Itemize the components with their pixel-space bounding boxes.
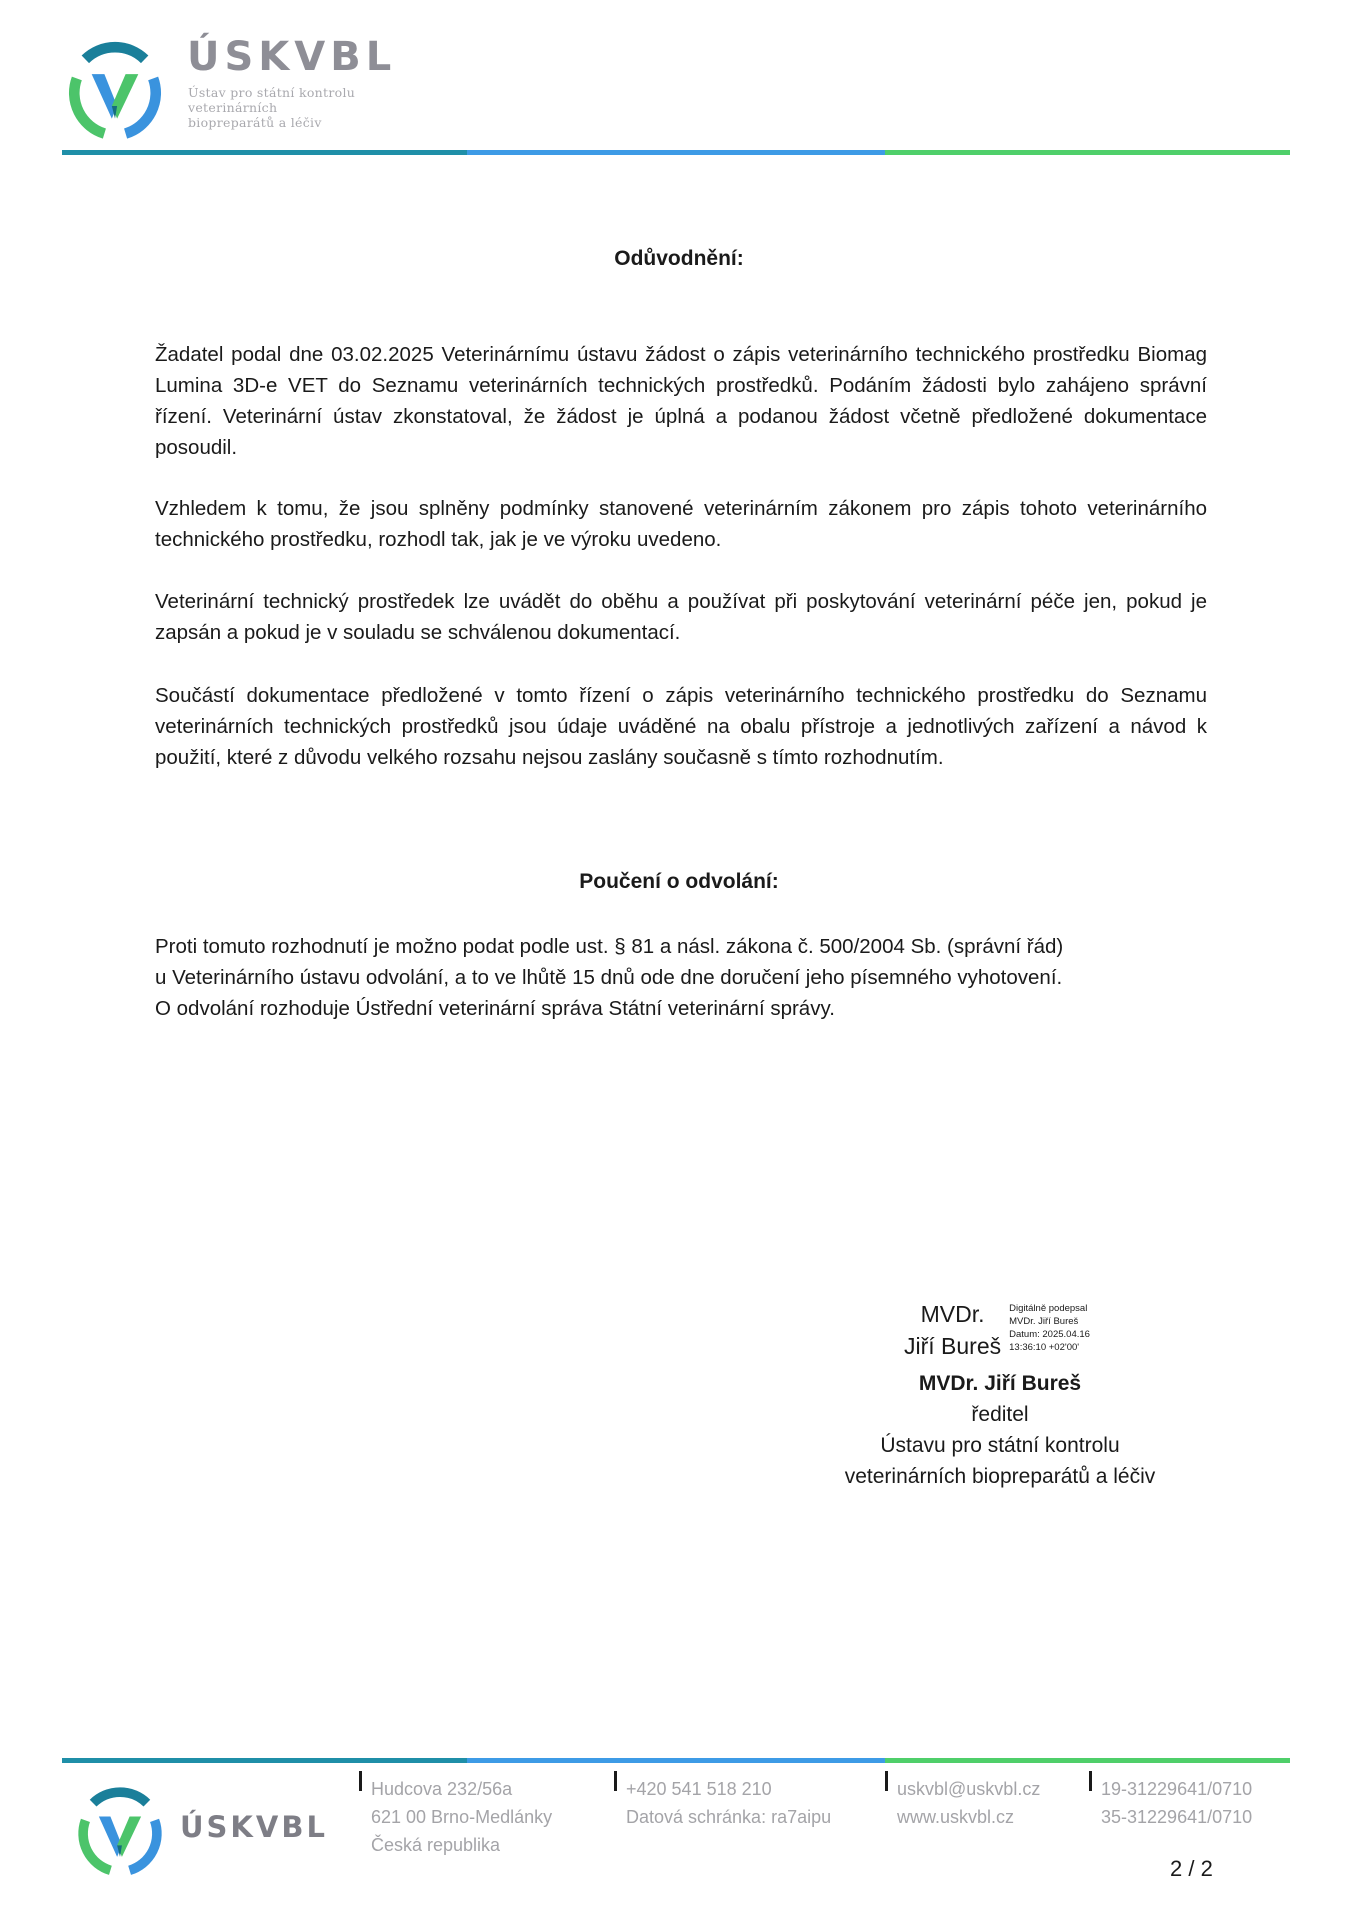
footer-account: 19-31229641/0710 <box>1101 1775 1252 1803</box>
section-title-appeal: Poučení o odvolání: <box>0 870 1358 894</box>
footer-address-line: Česká republika <box>371 1831 552 1859</box>
divider-segment-blue <box>467 150 885 155</box>
divider-segment-green <box>885 150 1290 155</box>
header-brand: ÚSKVBL <box>187 34 396 80</box>
page-number: 2 / 2 <box>1170 1856 1213 1882</box>
digital-signature-meta: Digitálně podepsal MVDr. Jiří Bureš Datu… <box>1009 1302 1090 1354</box>
footer-email: uskvbl@uskvbl.cz <box>897 1775 1040 1803</box>
footer-contact: +420 541 518 210 Datová schránka: ra7aip… <box>626 1775 831 1831</box>
header-subtitle-line: biopreparátů a léčiv <box>188 115 355 130</box>
signature-meta-line: 13:36:10 +02'00' <box>1009 1341 1090 1354</box>
footer-separator <box>1089 1771 1092 1791</box>
header-subtitle-line: veterinárních <box>188 100 355 115</box>
footer-divider <box>62 1758 1290 1763</box>
appeal-line: Proti tomuto rozhodnutí je možno podat p… <box>155 931 1207 962</box>
signatory-block: MVDr. Jiří Bureš ředitel Ústavu pro stát… <box>790 1368 1210 1492</box>
appeal-line: u Veterinárního ústavu odvolání, a to ve… <box>155 962 1207 993</box>
footer-logo-icon <box>72 1782 168 1878</box>
footer-data-box: Datová schránka: ra7aipu <box>626 1803 831 1831</box>
divider-segment-teal <box>62 150 467 155</box>
signature-name-line: MVDr. <box>904 1298 1001 1330</box>
uskvbl-logo-icon <box>62 36 168 142</box>
appeal-line: O odvolání rozhoduje Ústřední veterinárn… <box>155 993 1207 1024</box>
footer-brand: ÚSKVBL <box>180 1810 328 1844</box>
signature-meta-line: Datum: 2025.04.16 <box>1009 1328 1090 1341</box>
signatory-org-line: Ústavu pro státní kontrolu <box>790 1430 1210 1461</box>
footer-web: uskvbl@uskvbl.cz www.uskvbl.cz <box>897 1775 1040 1831</box>
footer-address-line: 621 00 Brno-Medlánky <box>371 1803 552 1831</box>
paragraph: Vzhledem k tomu, že jsou splněny podmínk… <box>155 493 1207 555</box>
paragraph: Žadatel podal dne 03.02.2025 Veterinární… <box>155 339 1207 463</box>
paragraph: Součástí dokumentace předložené v tomto … <box>155 680 1207 773</box>
signatory-title: ředitel <box>790 1399 1210 1430</box>
header-subtitle: Ústav pro státní kontrolu veterinárních … <box>188 85 355 130</box>
footer-accounts: 19-31229641/0710 35-31229641/0710 <box>1101 1775 1252 1831</box>
header-divider <box>62 150 1290 155</box>
signatory-org-line: veterinárních biopreparátů a léčiv <box>790 1461 1210 1492</box>
footer-separator <box>359 1771 362 1791</box>
signature-name-line: Jiří Bureš <box>904 1330 1001 1362</box>
footer-phone: +420 541 518 210 <box>626 1775 831 1803</box>
footer-address-line: Hudcova 232/56a <box>371 1775 552 1803</box>
signatory-name: MVDr. Jiří Bureš <box>790 1368 1210 1399</box>
footer-account: 35-31229641/0710 <box>1101 1803 1252 1831</box>
footer-separator <box>614 1771 617 1791</box>
appeal-paragraph: Proti tomuto rozhodnutí je možno podat p… <box>155 931 1207 1024</box>
divider-segment-green <box>885 1758 1290 1763</box>
digital-signature: MVDr. Jiří Bureš Digitálně podepsal MVDr… <box>904 1298 1090 1362</box>
signature-meta-line: Digitálně podepsal <box>1009 1302 1090 1315</box>
divider-segment-teal <box>62 1758 467 1763</box>
divider-segment-blue <box>467 1758 885 1763</box>
digital-signature-name: MVDr. Jiří Bureš <box>904 1298 1001 1362</box>
header-subtitle-line: Ústav pro státní kontrolu <box>188 85 355 100</box>
signature-meta-line: MVDr. Jiří Bureš <box>1009 1315 1090 1328</box>
paragraph: Veterinární technický prostředek lze uvá… <box>155 586 1207 648</box>
footer-website: www.uskvbl.cz <box>897 1803 1040 1831</box>
section-title-justification: Odůvodnění: <box>0 247 1358 271</box>
footer-separator <box>885 1771 888 1791</box>
footer-address: Hudcova 232/56a 621 00 Brno-Medlánky Čes… <box>371 1775 552 1859</box>
